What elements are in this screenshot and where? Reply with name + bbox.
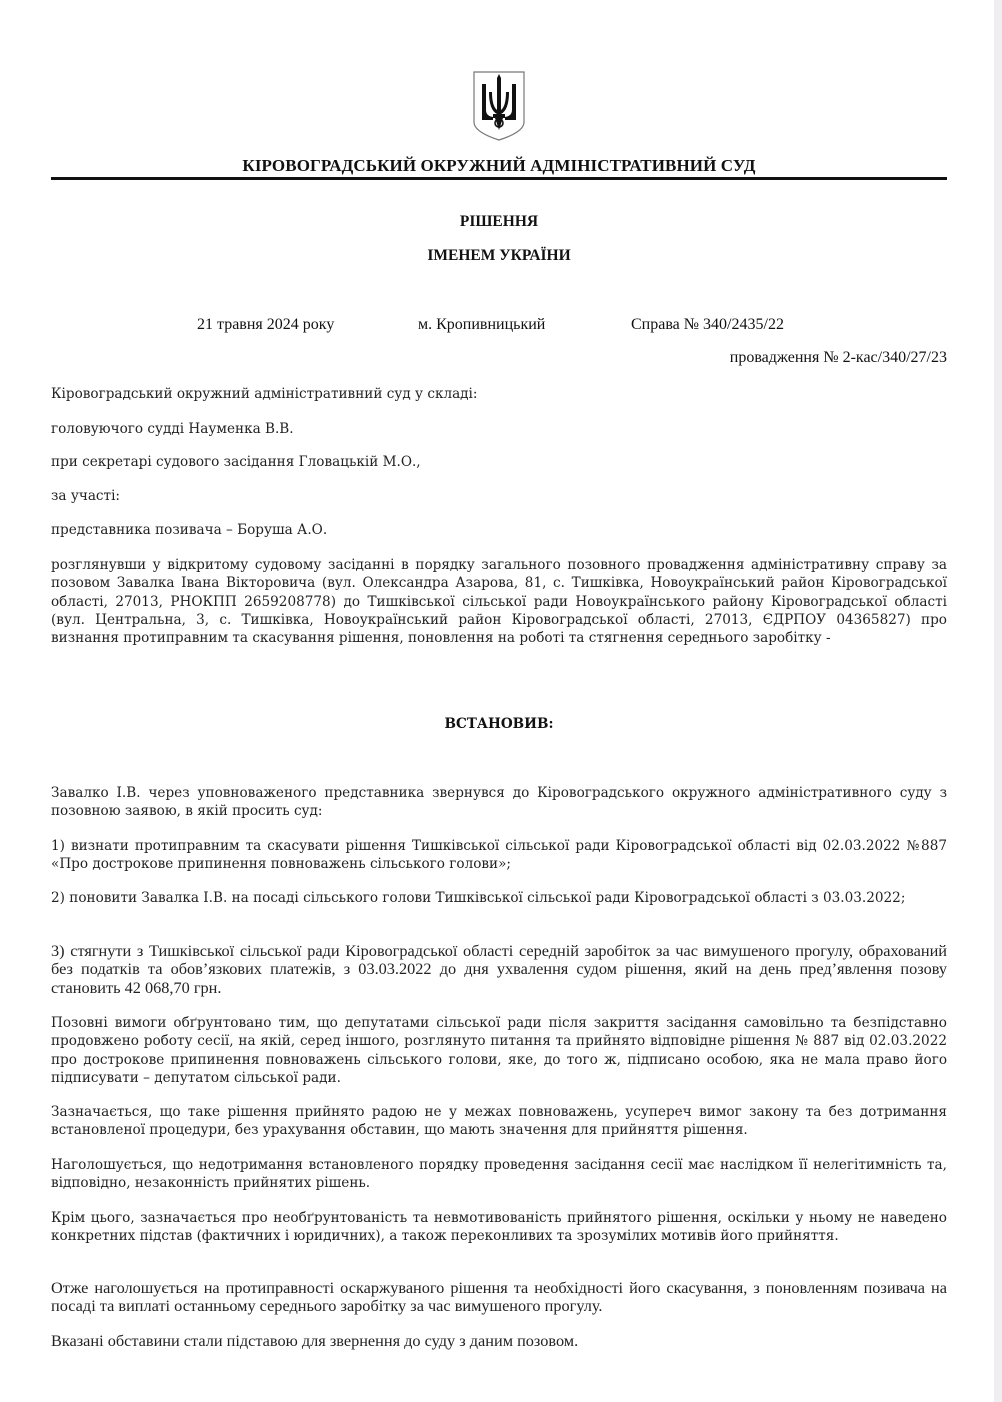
decision-date: 21 травня 2024 року xyxy=(197,316,334,334)
body-paragraph: Вказані обставини стали підставою для зв… xyxy=(51,1332,947,1350)
claim-item: 1) визнати протиправним та скасувати ріш… xyxy=(51,837,947,874)
body-paragraph: Отже наголошується на протиправності оск… xyxy=(51,1279,947,1316)
presiding-judge: головуючого судді Науменка В.В. xyxy=(51,420,947,438)
claim-item: 3) стягнути з Тишківської сільської ради… xyxy=(51,942,947,997)
body-paragraph: Крім цього, зазначається про необґрунтов… xyxy=(51,1209,947,1246)
header-divider xyxy=(51,177,947,180)
established-heading: ВСТАНОВИВ: xyxy=(51,716,947,732)
court-composition: Кіровоградський окружний адміністративни… xyxy=(51,385,947,403)
plaintiff-representative: представника позивача – Боруша А.О. xyxy=(51,521,947,539)
claim-intro: Завалко І.В. через уповноваженого предст… xyxy=(51,784,947,821)
document-subtitle: ІМЕНЕМ УКРАЇНИ xyxy=(51,247,947,265)
court-name: КІРОВОГРАДСЬКИЙ ОКРУЖНИЙ АДМІНІСТРАТИВНИ… xyxy=(51,156,947,176)
proceeding-number: провадження № 2-кас/340/27/23 xyxy=(730,349,947,367)
body-paragraph: Зазначається, що таке рішення прийнято р… xyxy=(51,1103,947,1140)
document-title: РІШЕННЯ xyxy=(51,213,947,231)
decision-city: м. Кропивницький xyxy=(418,316,545,334)
body-paragraph: Позовні вимоги обґрунтовано тим, що депу… xyxy=(51,1014,947,1087)
body-paragraph: Наголошується, що недотримання встановле… xyxy=(51,1156,947,1193)
coat-of-arms-icon xyxy=(472,70,526,142)
intro-paragraph: розглянувши у відкритому судовому засіда… xyxy=(51,556,947,647)
page-edge xyxy=(994,0,1002,1402)
claim-item: 2) поновити Завалка І.В. на посаді сільс… xyxy=(51,889,947,907)
case-number: Справа № 340/2435/22 xyxy=(631,316,784,334)
participation-label: за участі: xyxy=(51,487,947,505)
court-secretary: при секретарі судового засідання Гловаць… xyxy=(51,453,947,471)
